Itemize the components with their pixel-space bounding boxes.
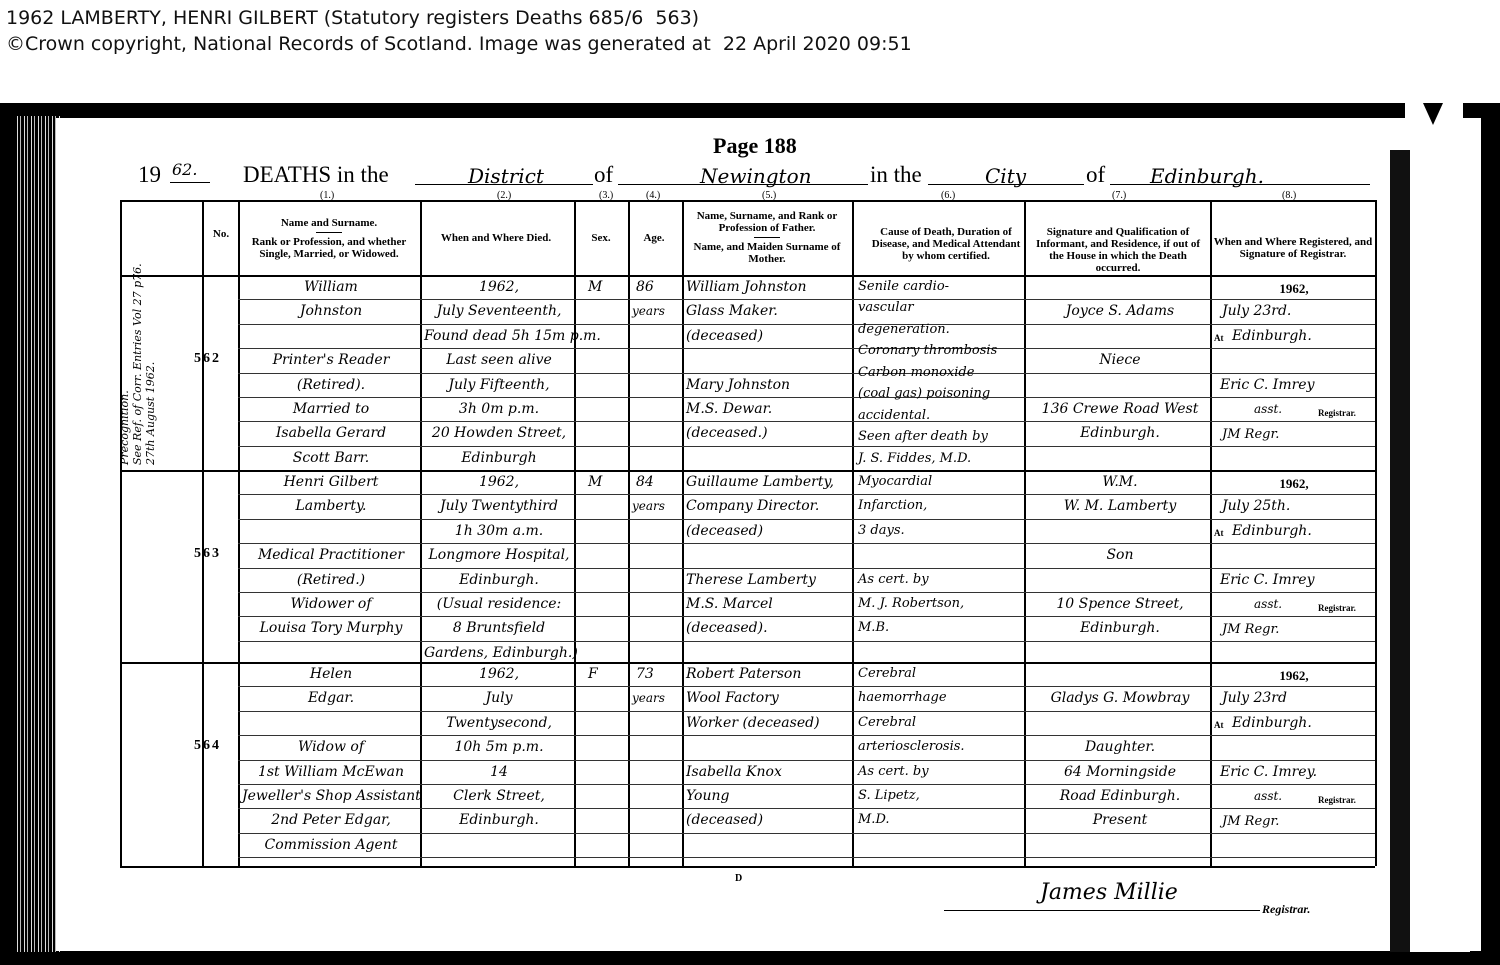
- cause-line: As cert. by: [858, 570, 929, 590]
- margin-note-line-2: See Ref. of Corr. Entries Vol 27 p76.: [131, 263, 144, 465]
- cause-line: Myocardial: [858, 472, 932, 492]
- registrar-label: Registrar.: [1262, 902, 1310, 917]
- age-value: 86: [636, 277, 654, 297]
- margin-note-line-1: Precognition.: [118, 263, 131, 465]
- cause-line: Coronary thrombosis: [858, 341, 997, 361]
- scan-bottom-edge: [0, 952, 1500, 965]
- parents-line: Company Director.: [686, 496, 854, 516]
- informant-line: Daughter.: [1028, 737, 1212, 757]
- deceased-name-line: Jeweller's Shop Assistant: [242, 786, 420, 806]
- area-name: Edinburgh.: [1150, 164, 1264, 188]
- deceased-name-line: Widower of: [242, 594, 420, 614]
- parents-line: Isabella Knox: [686, 762, 854, 782]
- when-where-line: Gardens, Edinburgh.): [424, 643, 574, 663]
- cause-line: Senile cardio-: [858, 277, 949, 297]
- year-underline: [170, 182, 210, 183]
- informant-line: Edinburgh.: [1028, 423, 1212, 443]
- when-where-line: Edinburgh.: [424, 810, 574, 830]
- grid-line: [1375, 200, 1377, 866]
- when-where-line: July Seventeenth,: [424, 301, 574, 321]
- deaths-title: DEATHS in the: [243, 162, 389, 188]
- header-name-bottom: Rank or Profession, and whether Single, …: [252, 236, 407, 260]
- cause-line: Infarction,: [858, 496, 927, 516]
- when-where-line: 1962,: [424, 664, 574, 684]
- parents-line: Mary Johnston: [686, 375, 854, 395]
- of-label-2: of: [1086, 162, 1105, 188]
- when-where-line: Longmore Hospital,: [424, 545, 574, 565]
- cause-line: (coal gas) poisoning: [858, 384, 990, 404]
- header-age: Age.: [628, 232, 680, 244]
- registration-at-label: At: [1214, 523, 1224, 543]
- facing-page: [1410, 150, 1470, 960]
- deceased-name-line: Lamberty.: [242, 496, 420, 516]
- when-where-line: 10h 5m p.m.: [424, 737, 574, 757]
- header-when-where: When and Where Died.: [420, 232, 572, 244]
- registrar-name: Eric C. Imrey: [1220, 570, 1315, 590]
- grid-line: [202, 200, 204, 866]
- age-value: 73: [636, 664, 654, 684]
- grid-line: [238, 299, 1375, 300]
- margin-note-line-3: 27th August 1962.: [144, 263, 157, 465]
- grid-line: [238, 421, 1375, 422]
- deceased-name-line: Johnston: [242, 301, 420, 321]
- header-informant: Signature and Qualification of Informant…: [1030, 226, 1206, 274]
- when-where-line: Clerk Street,: [424, 786, 574, 806]
- record-title: 1962 LAMBERTY, HENRI GILBERT (Statutory …: [6, 6, 699, 30]
- deceased-name-line: William: [242, 277, 420, 297]
- informant-line: 136 Crewe Road West: [1028, 399, 1212, 419]
- grid-line: [238, 397, 1375, 398]
- registrar-label: Registrar.: [1318, 403, 1356, 423]
- in-the-label: in the: [870, 162, 922, 188]
- registrar-signature-line: [944, 910, 1260, 911]
- when-where-line: Twentysecond,: [424, 713, 574, 733]
- deceased-name-line: Widow of: [242, 737, 420, 757]
- cause-line: degeneration.: [858, 320, 950, 340]
- header-father: Name, Surname, and Rank or Profession of…: [682, 210, 852, 265]
- registration-at-label: At: [1214, 328, 1224, 348]
- parents-line: Robert Paterson: [686, 664, 854, 684]
- cause-line: Cerebral: [858, 713, 916, 733]
- registrar-label: Registrar.: [1318, 598, 1356, 618]
- parents-line: Worker (deceased): [686, 713, 854, 733]
- margin-note: Precognition. See Ref. of Corr. Entries …: [118, 235, 188, 465]
- when-where-line: 1962,: [424, 277, 574, 297]
- when-where-line: Edinburgh.: [424, 570, 574, 590]
- registrar-label: Registrar.: [1318, 790, 1356, 810]
- cause-line: Carbon monoxide: [858, 363, 974, 383]
- informant-line: Son: [1028, 545, 1212, 565]
- parents-line: (deceased): [686, 521, 854, 541]
- informant-line: W. M. Lamberty: [1028, 496, 1212, 516]
- parents-line: (deceased): [686, 326, 854, 346]
- informant-line: Gladys G. Mowbray: [1028, 688, 1212, 708]
- when-where-line: 1962,: [424, 472, 574, 492]
- informant-line: Niece: [1028, 350, 1212, 370]
- registrar-initials: JM Regr.: [1222, 812, 1279, 832]
- grid-line: [238, 784, 1375, 785]
- header-father-bottom: Name, and Maiden Surname of Mother.: [694, 241, 841, 265]
- parents-line: Wool Factory: [686, 688, 854, 708]
- grid-line: [238, 543, 1375, 544]
- header-cause: Cause of Death, Duration of Disease, and…: [866, 226, 1026, 262]
- area-type: City: [985, 164, 1026, 188]
- entry-number: 562: [194, 351, 221, 367]
- registration-year: 1962,: [1214, 474, 1374, 494]
- deceased-name-line: Scott Barr.: [242, 448, 420, 468]
- registration-date: July 25th.: [1222, 496, 1290, 516]
- when-where-line: 1h 30m a.m.: [424, 521, 574, 541]
- parents-line: Guillaume Lamberty,: [686, 472, 854, 492]
- header-no: No.: [206, 228, 236, 240]
- informant-line: Present: [1028, 810, 1212, 830]
- parents-line: M.S. Dewar.: [686, 399, 854, 419]
- informant-line: Edinburgh.: [1028, 618, 1212, 638]
- cause-line: M. J. Robertson,: [858, 594, 964, 614]
- when-where-line: Found dead 5h 15m p.m.: [424, 326, 574, 346]
- grid-line: [238, 808, 1375, 809]
- district-name: Newington: [700, 164, 812, 188]
- grid-line: [238, 348, 1375, 349]
- deceased-name-line: 2nd Peter Edgar,: [242, 810, 420, 830]
- year-prefix: 19: [138, 162, 161, 188]
- book-gutter: [1390, 150, 1410, 960]
- registrar-qualifier: asst.: [1254, 594, 1282, 614]
- registration-year: 1962,: [1214, 666, 1374, 686]
- sex-value: M: [588, 472, 602, 492]
- deceased-name-line: (Retired.): [242, 570, 420, 590]
- entry-number: 563: [194, 546, 221, 562]
- cause-line: accidental.: [858, 406, 930, 426]
- parents-line: William Johnston: [686, 277, 854, 297]
- district-type: District: [468, 164, 544, 188]
- registration-year: 1962,: [1214, 279, 1374, 299]
- when-where-line: (Usual residence:: [424, 594, 574, 614]
- grid-line: [238, 592, 1375, 593]
- year-suffix: 62.: [172, 160, 197, 179]
- when-where-line: Last seen alive: [424, 350, 574, 370]
- when-where-line: Edinburgh: [424, 448, 574, 468]
- informant-line: 64 Morningside: [1028, 762, 1212, 782]
- page-edges: [14, 116, 60, 956]
- registrar-qualifier: asst.: [1254, 786, 1282, 806]
- grid-line: [238, 641, 1375, 642]
- when-where-line: 20 Howden Street,: [424, 423, 574, 443]
- grid-line: [120, 200, 1375, 202]
- header-registered: When and Where Registered, and Signature…: [1212, 236, 1374, 260]
- registration-at-label: At: [1214, 715, 1224, 735]
- cause-line: M.B.: [858, 618, 889, 638]
- parents-line: (deceased.): [686, 423, 854, 443]
- registration-date: July 23rd: [1222, 688, 1287, 708]
- deceased-name-line: Married to: [242, 399, 420, 419]
- age-unit: years: [632, 496, 665, 516]
- cause-line: haemorrhage: [858, 688, 947, 708]
- registrar-signature: James Millie: [1040, 880, 1178, 905]
- when-where-line: 8 Bruntsfield: [424, 618, 574, 638]
- deceased-name-line: Helen: [242, 664, 420, 684]
- registrar-name: Eric C. Imrey.: [1220, 762, 1317, 782]
- deceased-name-line: Medical Practitioner: [242, 545, 420, 565]
- copyright-notice: ©Crown copyright, National Records of Sc…: [6, 32, 912, 56]
- registrar-initials: JM Regr.: [1222, 425, 1279, 445]
- grid-line: [238, 494, 1375, 495]
- when-where-line: 3h 0m p.m.: [424, 399, 574, 419]
- deceased-name-line: Printer's Reader: [242, 350, 420, 370]
- sex-value: M: [588, 277, 602, 297]
- registrar-name: Eric C. Imrey: [1220, 375, 1315, 395]
- cause-line: As cert. by: [858, 762, 929, 782]
- header-name-top: Name and Surname.: [281, 217, 377, 229]
- when-where-line: 14: [424, 762, 574, 782]
- informant-line: Road Edinburgh.: [1028, 786, 1212, 806]
- page-tab: [1405, 103, 1463, 129]
- cause-line: 3 days.: [858, 521, 905, 541]
- age-unit: years: [632, 688, 665, 708]
- registration-date: July 23rd.: [1222, 301, 1291, 321]
- grid-line: [238, 616, 1375, 617]
- age-value: 84: [636, 472, 654, 492]
- grid-line: [238, 857, 1375, 858]
- registration-place: Edinburgh.: [1232, 326, 1312, 346]
- age-unit: years: [632, 301, 665, 321]
- cause-line: vascular: [858, 298, 914, 318]
- page-number: Page 188: [713, 133, 797, 159]
- registration-place: Edinburgh.: [1232, 521, 1312, 541]
- parents-line: M.S. Marcel: [686, 594, 854, 614]
- registration-place: Edinburgh.: [1232, 713, 1312, 733]
- sex-value: F: [588, 664, 598, 684]
- cause-line: Seen after death by: [858, 427, 988, 447]
- informant-line: 10 Spence Street,: [1028, 594, 1212, 614]
- entry-number: 564: [194, 738, 221, 754]
- deceased-name-line: Commission Agent: [242, 835, 420, 855]
- when-where-line: July Fifteenth,: [424, 375, 574, 395]
- parents-line: Young: [686, 786, 854, 806]
- deceased-name-line: Isabella Gerard: [242, 423, 420, 443]
- of-label-1: of: [594, 162, 613, 188]
- parents-line: Glass Maker.: [686, 301, 854, 321]
- when-where-line: July: [424, 688, 574, 708]
- informant-line: W.M.: [1028, 472, 1212, 492]
- cause-line: M.D.: [858, 810, 890, 830]
- informant-line: Joyce S. Adams: [1028, 301, 1212, 321]
- registrar-qualifier: asst.: [1254, 399, 1282, 419]
- cause-line: S. Lipetz,: [858, 786, 920, 806]
- grid-line: [238, 735, 1375, 736]
- grid-line: [120, 866, 1375, 868]
- parents-line: Therese Lamberty: [686, 570, 854, 590]
- deceased-name-line: (Retired).: [242, 375, 420, 395]
- header-sex: Sex.: [574, 232, 628, 244]
- cause-line: Cerebral: [858, 664, 916, 684]
- registrar-initials: JM Regr.: [1222, 620, 1279, 640]
- cause-line: arteriosclerosis.: [858, 737, 965, 757]
- parents-line: (deceased).: [686, 618, 854, 638]
- header-name: Name and Surname. Rank or Profession, an…: [240, 217, 418, 260]
- deceased-name-line: Edgar.: [242, 688, 420, 708]
- deceased-name-line: Louisa Tory Murphy: [242, 618, 420, 638]
- parents-line: (deceased): [686, 810, 854, 830]
- header-father-top: Name, Surname, and Rank or Profession of…: [697, 210, 838, 234]
- sheet-letter: D: [735, 873, 742, 884]
- cause-line: J. S. Fiddes, M.D.: [858, 449, 971, 469]
- deceased-name-line: Henri Gilbert: [242, 472, 420, 492]
- when-where-line: July Twentythird: [424, 496, 574, 516]
- grid-line: [238, 686, 1375, 687]
- deceased-name-line: 1st William McEwan: [242, 762, 420, 782]
